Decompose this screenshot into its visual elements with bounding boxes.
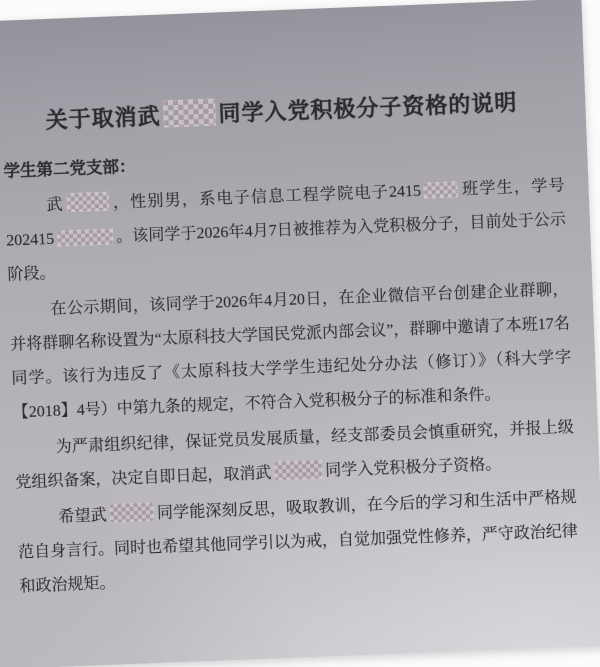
text-segment: 同学入党积极分子资格。 <box>325 456 502 480</box>
text-segment: 同学入党积极分子资格的说明 <box>218 90 518 126</box>
text-segment: 希望武 <box>58 507 107 526</box>
text-segment: 。该同学于2026年4月7日被推荐为入党积极分子，目前处于公示阶段。 <box>7 211 566 283</box>
text-segment: 关于取消武 <box>45 104 161 133</box>
paragraph: 武，性别男，系电子信息工程学院电子2415班学生，学号202415。该同学于20… <box>4 169 568 292</box>
redaction-mosaic <box>57 229 114 247</box>
redaction-mosaic <box>66 192 109 213</box>
text-segment: ，性别男，系电子信息工程学院电子2415 <box>111 183 421 212</box>
paper-document: 关于取消武同学入党积极分子资格的说明 学生第二党支部： 武，性别男，系电子信息工… <box>0 0 600 667</box>
document-content: 关于取消武同学入党积极分子资格的说明 学生第二党支部： 武，性别男，系电子信息工… <box>0 0 600 667</box>
redaction-mosaic <box>109 502 154 523</box>
paragraph: 在公示期间，该同学于2026年4月20日，在企业微信平台创建企业群聊，并将群聊名… <box>8 273 573 430</box>
document-body: 武，性别男，系电子信息工程学院电子2415班学生，学号202415。该同学于20… <box>4 169 579 604</box>
redaction-mosaic <box>424 181 459 198</box>
text-segment: 在公示期间，该同学于2026年4月20日，在企业微信平台创建企业群聊，并将群聊名… <box>10 281 572 421</box>
redaction-mosaic <box>163 99 216 128</box>
redaction-mosaic <box>274 460 323 481</box>
photo-background: 关于取消武同学入党积极分子资格的说明 学生第二党支部： 武，性别男，系电子信息工… <box>0 0 600 667</box>
text-segment: 武 <box>46 196 64 214</box>
paragraph: 希望武同学能深刻反思，吸取教训，在今后的学习和生活中严格规范自身言行。同时也希望… <box>16 481 580 604</box>
document-title: 关于取消武同学入党积极分子资格的说明 <box>1 85 562 136</box>
text-segment: 同学能深刻反思，吸取教训，在今后的学习和生活中严格规范自身言行。同时也希望其他同… <box>18 489 578 595</box>
